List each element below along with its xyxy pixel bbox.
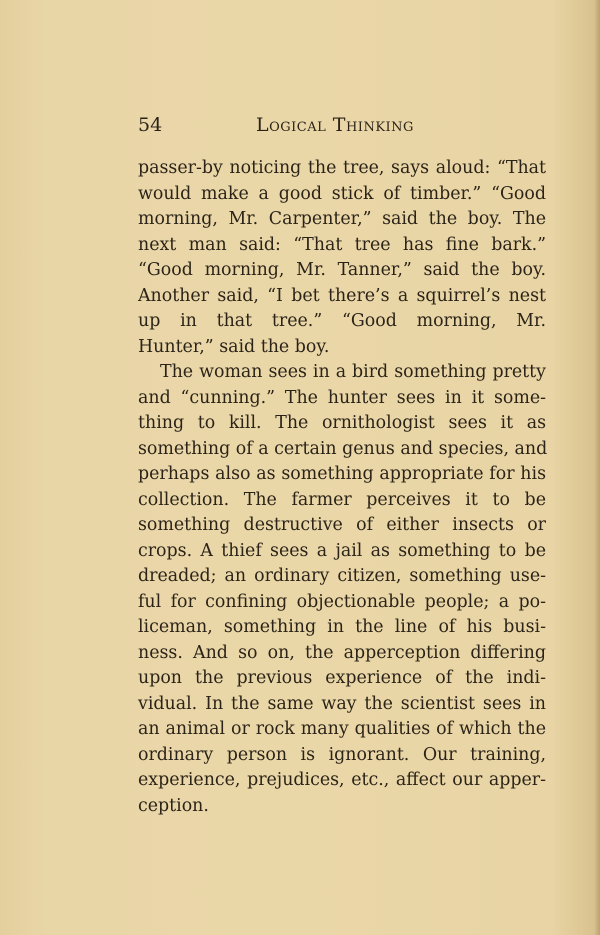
text-line: liceman, something in the line of his bu… xyxy=(138,615,546,641)
text-line: Another said, “I bet there’s a squirrel’… xyxy=(138,284,546,310)
text-line: an animal or rock many qualities of whic… xyxy=(138,717,546,743)
text-line: vidual. In the same way the scientist se… xyxy=(138,692,546,718)
text-line: would make a good stick of timber.” “Goo… xyxy=(138,182,546,208)
text-line: next man said: “That tree has fine bark.… xyxy=(138,233,546,259)
text-line: crops. A thief sees a jail as something … xyxy=(138,539,546,565)
text-line: ordinary person is ignorant. Our trainin… xyxy=(138,743,546,769)
paragraph-2: The woman sees in a bird something prett… xyxy=(138,360,546,819)
text-line: collection. The farmer perceives it to b… xyxy=(138,488,546,514)
text-line: “Good morning, Mr. Tanner,” said the boy… xyxy=(138,258,546,284)
text-line: ness. And so on, the apperception differ… xyxy=(138,641,546,667)
text-line: up in that tree.” “Good morning, Mr. xyxy=(138,309,546,335)
text-line: morning, Mr. Carpenter,” said the boy. T… xyxy=(138,207,546,233)
text-line: dreaded; an ordinary citizen, something … xyxy=(138,564,546,590)
text-line: experience, prejudices, etc., affect our… xyxy=(138,768,546,794)
running-title: Logical Thinking xyxy=(256,114,414,136)
paragraph-1: passer-by noticing the tree, says aloud:… xyxy=(138,156,546,360)
text-line: passer-by noticing the tree, says aloud:… xyxy=(138,156,546,182)
text-line: thing to kill. The ornithologist sees it… xyxy=(138,411,546,437)
page-header: 54 Logical Thinking xyxy=(138,114,548,138)
text-line: ception. xyxy=(138,794,546,820)
text-line: Hunter,” said the boy. xyxy=(138,335,546,361)
page-number: 54 xyxy=(138,114,162,136)
text-line: something destructive of either insects … xyxy=(138,513,546,539)
text-line: ful for confining objectionable people; … xyxy=(138,590,546,616)
text-line: and “cunning.” The hunter sees in it som… xyxy=(138,386,546,412)
body-text: passer-by noticing the tree, says aloud:… xyxy=(138,156,546,819)
book-page: 54 Logical Thinking passer-by noticing t… xyxy=(0,0,600,935)
text-line: upon the previous experience of the indi… xyxy=(138,666,546,692)
text-line: something of a certain genus and species… xyxy=(138,437,546,463)
text-line: perhaps also as something appropriate fo… xyxy=(138,462,546,488)
text-line: The woman sees in a bird something prett… xyxy=(138,360,546,386)
